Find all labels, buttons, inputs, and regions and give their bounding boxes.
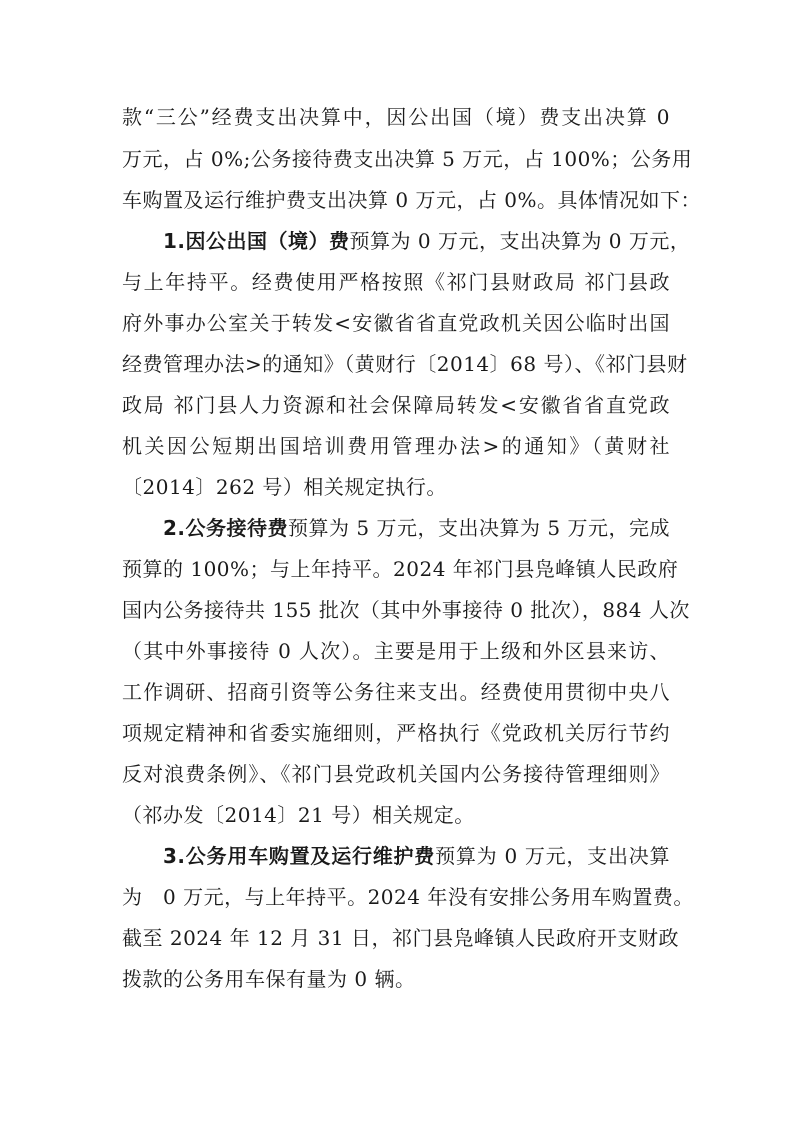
item-3-line: 截至 2024 年 12 月 31 日，祁门县凫峰镇人民政府开支财政	[122, 925, 670, 951]
item-1-line: 府外事办公室关于转发<安徽省省直党政机关因公临时出国	[122, 310, 670, 336]
item-2-line: 国内公务接待共 155 批次（其中外事接待 0 批次），884 人次	[122, 597, 670, 623]
item-2-line: 工作调研、招商引资等公务往来支出。经费使用贯彻中央八	[122, 679, 670, 705]
document-page: 款“三公”经费支出决算中，因公出国（境）费支出决算 0 万元，占 0%;公务接待…	[0, 0, 793, 1122]
intro-line-2: 万元，占 0%;公务接待费支出决算 5 万元，占 100%；公务用	[122, 146, 670, 172]
item-1-line: 与上年持平。经费使用严格按照《祁门县财政局 祁门县政	[122, 269, 670, 295]
item-3-heading: 3.公务用车购置及运行维护费	[163, 844, 435, 868]
item-3-first-line-text: 预算为 0 万元，支出决算	[435, 844, 670, 868]
item-1-heading: 1.因公出国（境）费	[163, 229, 350, 253]
item-1-first-line-text: 预算为 0 万元，支出决算为 0 万元，	[350, 229, 691, 253]
item-1-line: 经费管理办法>的通知》（黄财行〔2014〕68 号）、《祁门县财	[122, 351, 670, 377]
item-1-line: 机关因公短期出国培训费用管理办法>的通知》（黄财社	[122, 433, 670, 459]
item-2-line-last: （祁办发〔2014〕21 号）相关规定。	[122, 802, 670, 828]
item-1-line-last: 〔2014〕262 号）相关规定执行。	[122, 474, 670, 500]
intro-line-3: 车购置及运行维护费支出决算 0 万元，占 0%。具体情况如下：	[122, 187, 670, 213]
item-2-line: 反对浪费条例》、《祁门县党政机关国内公务接待管理细则》	[122, 761, 670, 787]
item-2-line: （其中外事接待 0 人次）。主要是用于上级和外区县来访、	[122, 638, 670, 664]
item-2-first-line-text: 预算为 5 万元，支出决算为 5 万元，完成	[288, 516, 670, 540]
item-2-line: 项规定精神和省委实施细则，严格执行《党政机关厉行节约	[122, 720, 670, 746]
item-1-line: 政局 祁门县人力资源和社会保障局转发<安徽省省直党政	[122, 392, 670, 418]
item-3-first-line: 3.公务用车购置及运行维护费预算为 0 万元，支出决算	[163, 843, 670, 869]
item-2-first-line: 2.公务接待费预算为 5 万元，支出决算为 5 万元，完成	[163, 515, 670, 541]
item-3-line-last: 拨款的公务用车保有量为 0 辆。	[122, 966, 670, 992]
item-1-first-line: 1.因公出国（境）费预算为 0 万元，支出决算为 0 万元，	[163, 228, 670, 254]
intro-line-1: 款“三公”经费支出决算中，因公出国（境）费支出决算 0	[122, 104, 670, 130]
item-2-heading: 2.公务接待费	[163, 516, 288, 540]
item-3-line: 为 0 万元，与上年持平。2024 年没有安排公务用车购置费。	[122, 884, 670, 910]
item-2-line: 预算的 100%；与上年持平。2024 年祁门县凫峰镇人民政府	[122, 556, 670, 582]
